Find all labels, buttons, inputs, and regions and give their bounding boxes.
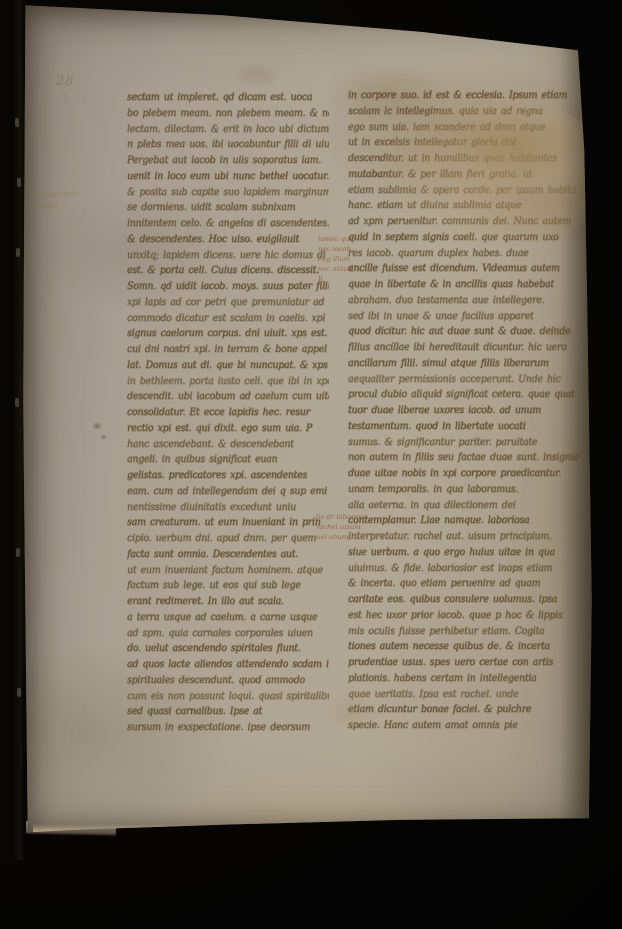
stitch-mark <box>17 688 21 697</box>
text-line: erant redimeret. In illo aut scala. <box>127 594 329 611</box>
text-line: gelistas. predicatores xpi. ascendentes <box>127 468 329 485</box>
text-line: ut eum inueniant factum hominem. atque <box>127 562 329 579</box>
text-column-left: sectam ut impleret. qd dicam est. uocabo… <box>127 90 329 740</box>
rubric-gloss-line: lia dr laborans <box>316 512 382 522</box>
ink-speck <box>100 434 107 440</box>
text-line: in bethleem. porta iusto celi. que ibi i… <box>127 373 329 390</box>
text-line: cipio. uerbum dni. apud dnm. per quem <box>127 531 329 548</box>
rubric-gloss-upper: lamec quidnec iacobdeg illumnec abluitR <box>318 234 380 284</box>
page-curl-shadow <box>560 42 600 832</box>
stitch-mark <box>15 118 19 127</box>
text-line: commodo dicatur est scalam in caelis. xp… <box>127 310 329 327</box>
text-line: eam. cum ad intellegendam dei q sup emi <box>127 483 329 500</box>
text-line: nentissime diuinitatis excedunt uniu <box>127 499 329 516</box>
text-line: & descendentes. Hoc uiso. euigilauit <box>127 231 329 248</box>
stitch-mark <box>16 548 20 557</box>
margin-note-line: uetusta <box>30 197 116 211</box>
text-line: rectio xpi est. qui dixit. ego sum uia. … <box>127 420 329 437</box>
photo-background: 28 ʒ nota quedamuetusta sectam ut impler… <box>0 0 622 929</box>
rubric-gloss-line: rachel uisum <box>316 522 382 532</box>
fox-spot <box>232 62 282 88</box>
text-line: descendit. ubi iacobum ad caelum cum uit… <box>127 389 329 406</box>
text-line: unxitq; lapidem dicens. uere hic domus d… <box>127 247 329 264</box>
rubric-gloss-line: R <box>318 274 380 284</box>
text-line: sam creaturam. ut eum inueniant in prin <box>127 515 329 532</box>
text-line: do. uelut ascendendo spiritales fiunt. <box>127 641 329 658</box>
rubric-gloss-lower: lia dr laboransrachel uisumuel ubum <box>316 512 382 542</box>
text-line: xpi lapis ad cor petri que premuniatur a… <box>127 294 329 311</box>
text-line: consolidatur. Et ecce lapidis hec. resur <box>127 405 329 422</box>
stitch-mark <box>15 398 19 407</box>
folio-number: 28 <box>56 74 75 89</box>
stitch-mark <box>17 178 21 187</box>
rubric-gloss-line: uel ubum <box>316 532 382 542</box>
faint-margin-note: nota quedamuetusta <box>30 187 117 212</box>
text-line: sectam ut impleret. qd dicam est. uoca <box>127 90 329 106</box>
rubric-gloss-line: deg illum <box>318 254 380 264</box>
text-line: est. & porta celi. Cuius dicens. discess… <box>127 263 329 280</box>
text-line: hanc ascendebant. & descendebant <box>127 436 329 453</box>
manuscript-page: 28 ʒ nota quedamuetusta sectam ut impler… <box>22 2 594 834</box>
text-line: ad quos lacte aliendos attendendo scdam … <box>127 657 329 674</box>
text-line: signus caelorum corpus. dni uiuit. xps e… <box>127 326 329 343</box>
text-line: se dormiens. uidit scalam subnixam <box>127 200 329 217</box>
ink-speck <box>92 422 102 430</box>
text-line: lectam. dilectam. & erit in loco ubi dic… <box>127 121 329 138</box>
text-line: a terra usque ad caelum. a carne usque <box>127 609 329 626</box>
binding-edge <box>0 0 24 860</box>
text-line: lat. Domus aut di. que bi nuncupat. & xp… <box>127 357 329 374</box>
text-line: Pergebat aut iacob in uiis soporatus iam… <box>127 153 329 170</box>
text-line: spirituales descendunt. quod ammodo <box>127 672 329 689</box>
rubric-gloss-line: nec abluit <box>318 264 380 274</box>
rubric-gloss-line: lamec quid <box>318 234 380 244</box>
text-line: uenit in loco eum ubi nunc bethel uocatu… <box>127 168 329 185</box>
text-line: sursum in exspectatione. ipse deorsum <box>127 720 329 737</box>
stitch-mark <box>16 248 20 257</box>
text-line: n plebs mea uos. ibi uocabuntur filii di… <box>127 137 329 154</box>
text-line: bo plebem meam. non plebem meam. & non d… <box>127 105 329 122</box>
text-line: facta sunt omnia. Descendentes aut. <box>127 546 329 563</box>
text-line: Somn. qd uidit iacob. moys. suus pater f… <box>127 279 329 296</box>
text-line: cui dni nostri xpi. in terram & bone app… <box>127 342 329 359</box>
text-line: factum sub lege. ut eos qui sub lege <box>127 578 329 595</box>
rubric-gloss-line: nec iacob <box>318 244 380 254</box>
text-line: ad spm. quia carnales corporales uiuen <box>127 625 329 642</box>
text-line: cum eis non possunt loqui. quasi spirita… <box>127 688 329 705</box>
text-line: sed quasi carnalibus. Ipse at <box>127 704 329 721</box>
text-line: angeli. in quibus significat euan <box>127 452 329 469</box>
folio-mark: ʒ <box>62 92 68 103</box>
text-line: & posita sub capite suo lapidem marginum <box>127 184 329 201</box>
text-line: innitentem celo. & angelos di ascendente… <box>127 216 329 233</box>
